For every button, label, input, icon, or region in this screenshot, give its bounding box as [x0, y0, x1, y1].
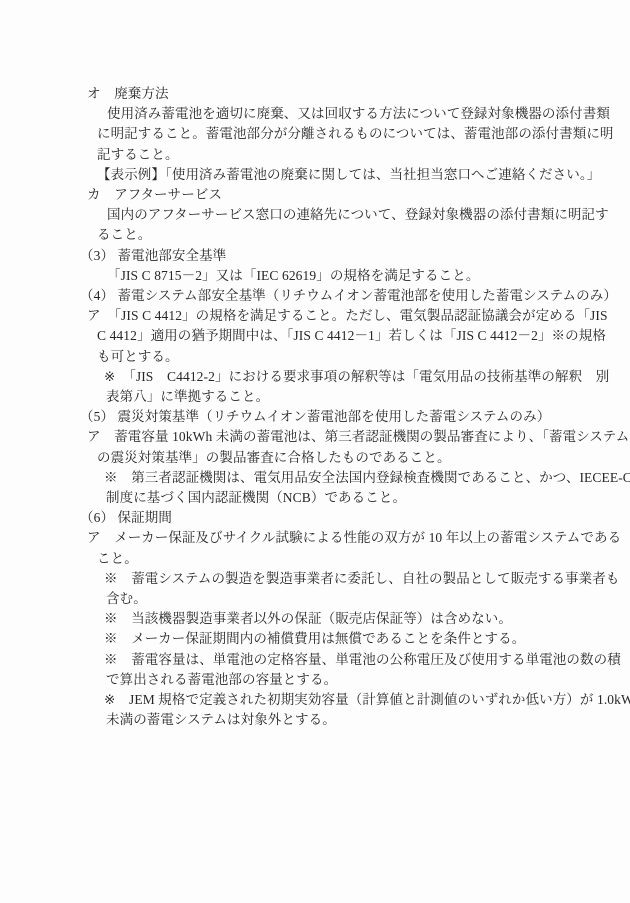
document-text-block: オ 廃棄方法 使用済み蓄電池を適切に廃棄、又は回収する方法について登録対象機器の…	[80, 84, 570, 731]
section6-heading: （6） 保証期間	[80, 508, 570, 528]
section6-note1-line-1: ※ 蓄電システムの製造を製造事業者に委託し、自社の製品として販売する事業者も	[80, 569, 570, 589]
section4-item-a-line-2: C 4412」適用の猶予期間中は、「JIS C 4412－1」若しくは「JIS …	[80, 326, 570, 346]
section5-item-a-line-1: ア 蓄電容量 10kWh 未満の蓄電池は、第三者認証機関の製品審査により、「蓄電…	[80, 427, 570, 447]
section4-item-a-line-3: も可とする。	[80, 347, 570, 367]
section4-item-a-line-1: ア 「JIS C 4412」の規格を満足すること。ただし、電気製品認証協議会が定…	[80, 306, 570, 326]
heading-after-service: カ アフターサービス	[80, 185, 570, 205]
section4-heading: （4） 蓄電システム部安全基準（リチウムイオン蓄電池部を使用した蓄電システムのみ…	[80, 286, 570, 306]
section5-heading: （5） 震災対策基準（リチウムイオン蓄電池部を使用した蓄電システムのみ）	[80, 407, 570, 427]
section6-note2: ※ 当該機器製造事業者以外の保証（販売店保証等）は含めない。	[80, 609, 570, 629]
section3-requirement: 「JIS C 8715－2」又は「IEC 62619」の規格を満足すること。	[80, 266, 570, 286]
section5-item-a-line-2: の震災対策基準」の製品審査に合格したものであること。	[80, 448, 570, 468]
section4-note-line-2: 表第八」に準拠すること。	[80, 387, 570, 407]
disposal-paragraph-line-2: に明記すること。蓄電池部分が分離されるものについては、蓄電池部の添付書類に明	[80, 124, 570, 144]
after-service-line-2: ること。	[80, 225, 570, 245]
section6-note5-line-1: ※ JEM 規格で定義された初期実効容量（計算値と計測値のいずれか低い方）が 1…	[80, 690, 570, 710]
display-example-line: 【表示例】「使用済み蓄電池の廃棄に関しては、当社担当窓口へご連絡ください。」	[80, 165, 570, 185]
heading-disposal-method: オ 廃棄方法	[80, 84, 570, 104]
disposal-paragraph-line-3: 記すること。	[80, 145, 570, 165]
document-page: オ 廃棄方法 使用済み蓄電池を適切に廃棄、又は回収する方法について登録対象機器の…	[0, 0, 630, 903]
section6-item-a-line-2: こと。	[80, 549, 570, 569]
section6-note4-line-2: で算出される蓄電池部の容量とする。	[80, 670, 570, 690]
disposal-paragraph-line-1: 使用済み蓄電池を適切に廃棄、又は回収する方法について登録対象機器の添付書類	[80, 104, 570, 124]
after-service-line-1: 国内のアフターサービス窓口の連絡先について、登録対象機器の添付書類に明記す	[80, 205, 570, 225]
section3-heading: （3） 蓄電池部安全基準	[80, 246, 570, 266]
section6-note3: ※ メーカー保証期間内の補償費用は無償であることを条件とする。	[80, 629, 570, 649]
section5-note-line-2: 制度に基づく国内認証機関（NCB）であること。	[80, 488, 570, 508]
section6-note4-line-1: ※ 蓄電容量は、単電池の定格容量、単電池の公称電圧及び使用する単電池の数の積	[80, 650, 570, 670]
section6-note1-line-2: 含む。	[80, 589, 570, 609]
section4-note-line-1: ※ 「JIS C4412-2」における要求事項の解釈等は「電気用品の技術基準の解…	[80, 367, 570, 387]
section6-item-a-line-1: ア メーカー保証及びサイクル試験による性能の双方が 10 年以上の蓄電システムで…	[80, 528, 570, 548]
section5-note-line-1: ※ 第三者認証機関は、電気用品安全法国内登録検査機関であること、かつ、IECEE…	[80, 468, 570, 488]
section6-note5-line-2: 未満の蓄電システムは対象外とする。	[80, 710, 570, 730]
